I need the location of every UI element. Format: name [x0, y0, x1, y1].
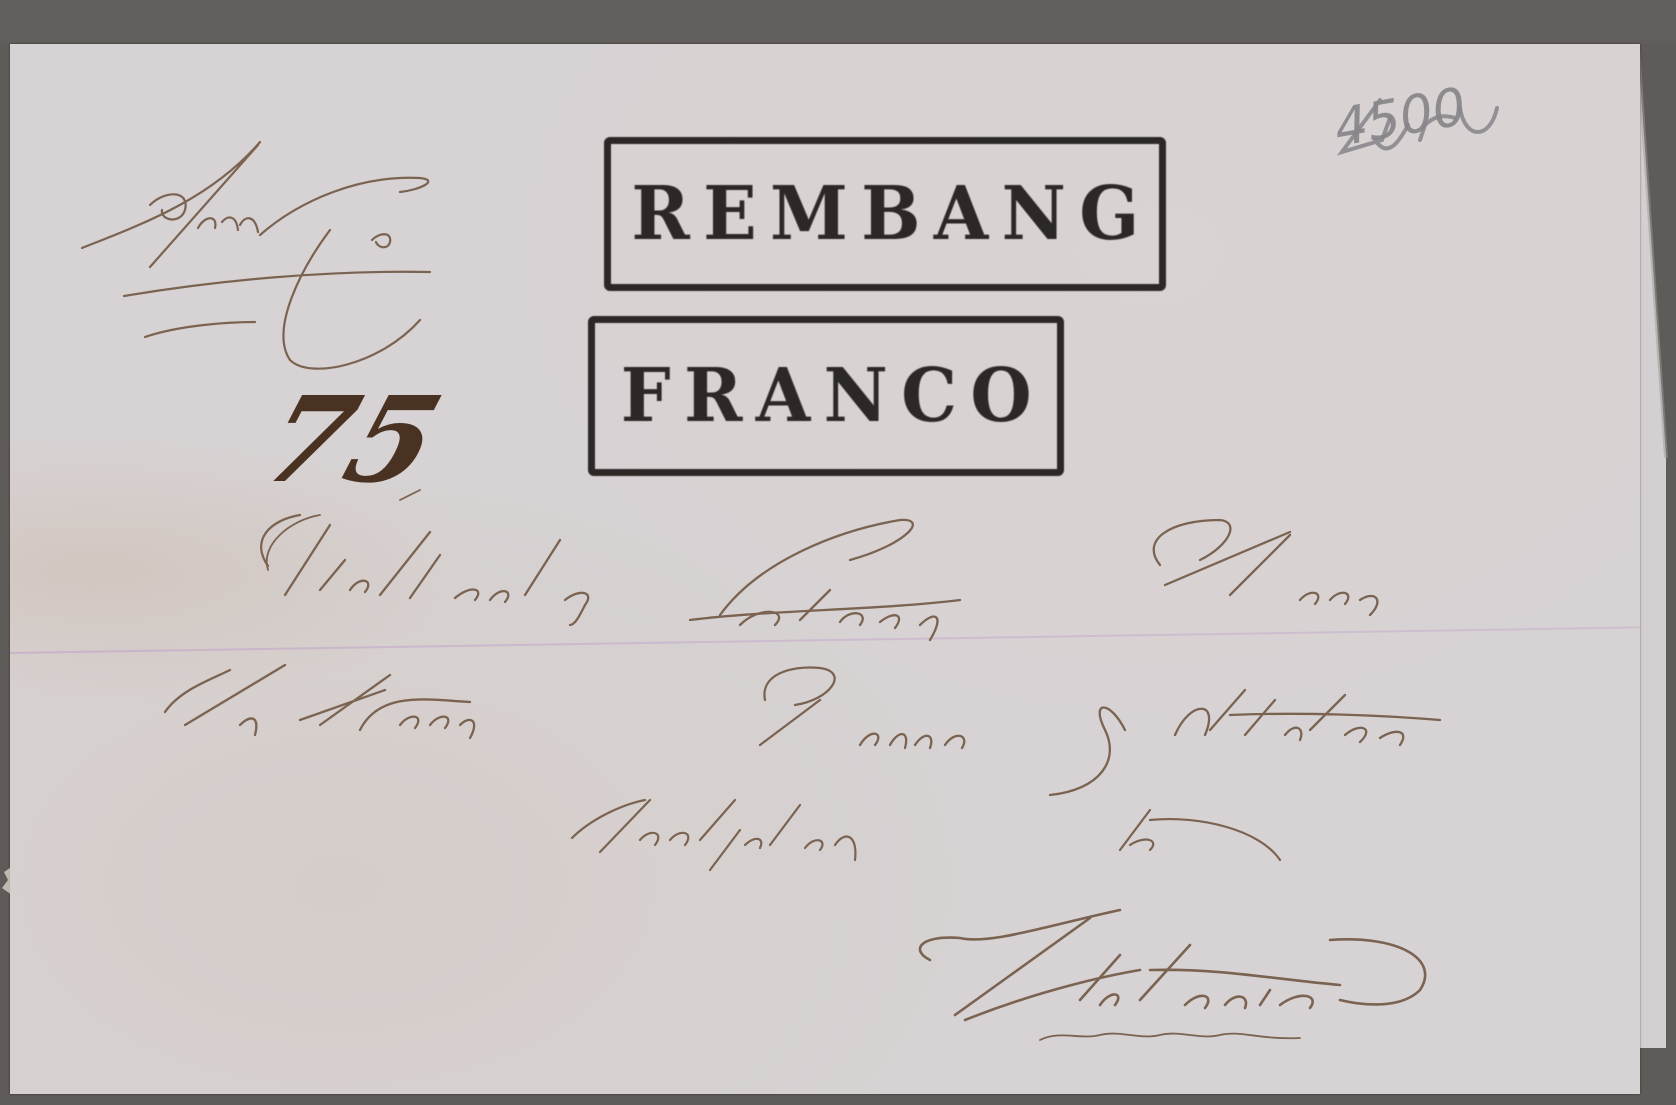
pencil-strokes [1342, 100, 1497, 152]
edge-tear [2, 868, 12, 895]
franco-manuscript [82, 142, 430, 369]
